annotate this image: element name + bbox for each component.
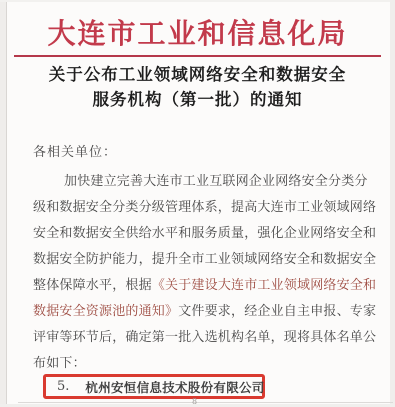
notice-title-line1: 关于公布工业领域网络安全和数据安全 <box>0 61 395 85</box>
notice-title-line2: 服务机构（第一批）的通知 <box>0 86 395 110</box>
letterhead-divider <box>14 55 381 57</box>
document-reference-text: 《关于建设大连市工业领域网络安全和 <box>152 278 376 293</box>
document-reference-text: 数据安全资源池的通知》 <box>33 304 178 319</box>
body-text: 级和数据安全分类分级管理体系，提高大连市工业领域网络 <box>33 200 376 215</box>
body-line: 整体保障水平，根据《关于建设大连市工业领域网络安全和 <box>33 274 367 293</box>
body-text: 文件要求，经企业自主申报、专家 <box>178 304 376 319</box>
body-line: 加快建立完善大连市工业互联网企业网络安全分类分 <box>33 170 367 189</box>
scan-edge-top <box>0 0 395 2</box>
body-line: 布如下： <box>33 352 367 371</box>
scan-artifact-page-mark: 8 <box>192 397 197 406</box>
body-text: 数据安全防护能力，提升全市工业领域网络安全和数据安全 <box>33 252 376 267</box>
scanned-notice-page: 大连市工业和信息化局 关于公布工业领域网络安全和数据安全 服务机构（第一批）的通… <box>0 0 395 407</box>
entry-number: 5. <box>57 379 69 394</box>
body-text: 加快建立完善大连市工业互联网企业网络安全分类分 <box>64 174 368 189</box>
body-text: 评审等环节后，确定第一批入选机构名单，现将具体名单公 <box>33 330 376 345</box>
body-line: 安全和数据安全供给水平和服务质量，强化企业网络安全和 <box>33 222 367 241</box>
salutation: 各相关单位： <box>33 141 117 160</box>
scan-artifact-line <box>18 402 393 403</box>
body-line: 评审等环节后，确定第一批入选机构名单，现将具体名单公 <box>33 326 367 345</box>
highlighted-entry-box: 5. 杭州安恒信息技术股份有限公司 <box>43 374 265 399</box>
body-text: 整体保障水平，根据 <box>33 278 152 293</box>
agency-letterhead: 大连市工业和信息化局 <box>0 12 395 52</box>
body-text: 安全和数据安全供给水平和服务质量，强化企业网络安全和 <box>33 226 376 241</box>
body-line: 数据安全防护能力，提升全市工业领域网络安全和数据安全 <box>33 248 367 267</box>
body-line: 数据安全资源池的通知》文件要求，经企业自主申报、专家 <box>33 300 367 319</box>
body-line: 级和数据安全分类分级管理体系，提高大连市工业领域网络 <box>33 196 367 215</box>
body-text: 布如下： <box>33 356 86 371</box>
company-name: 杭州安恒信息技术股份有限公司 <box>85 378 264 396</box>
